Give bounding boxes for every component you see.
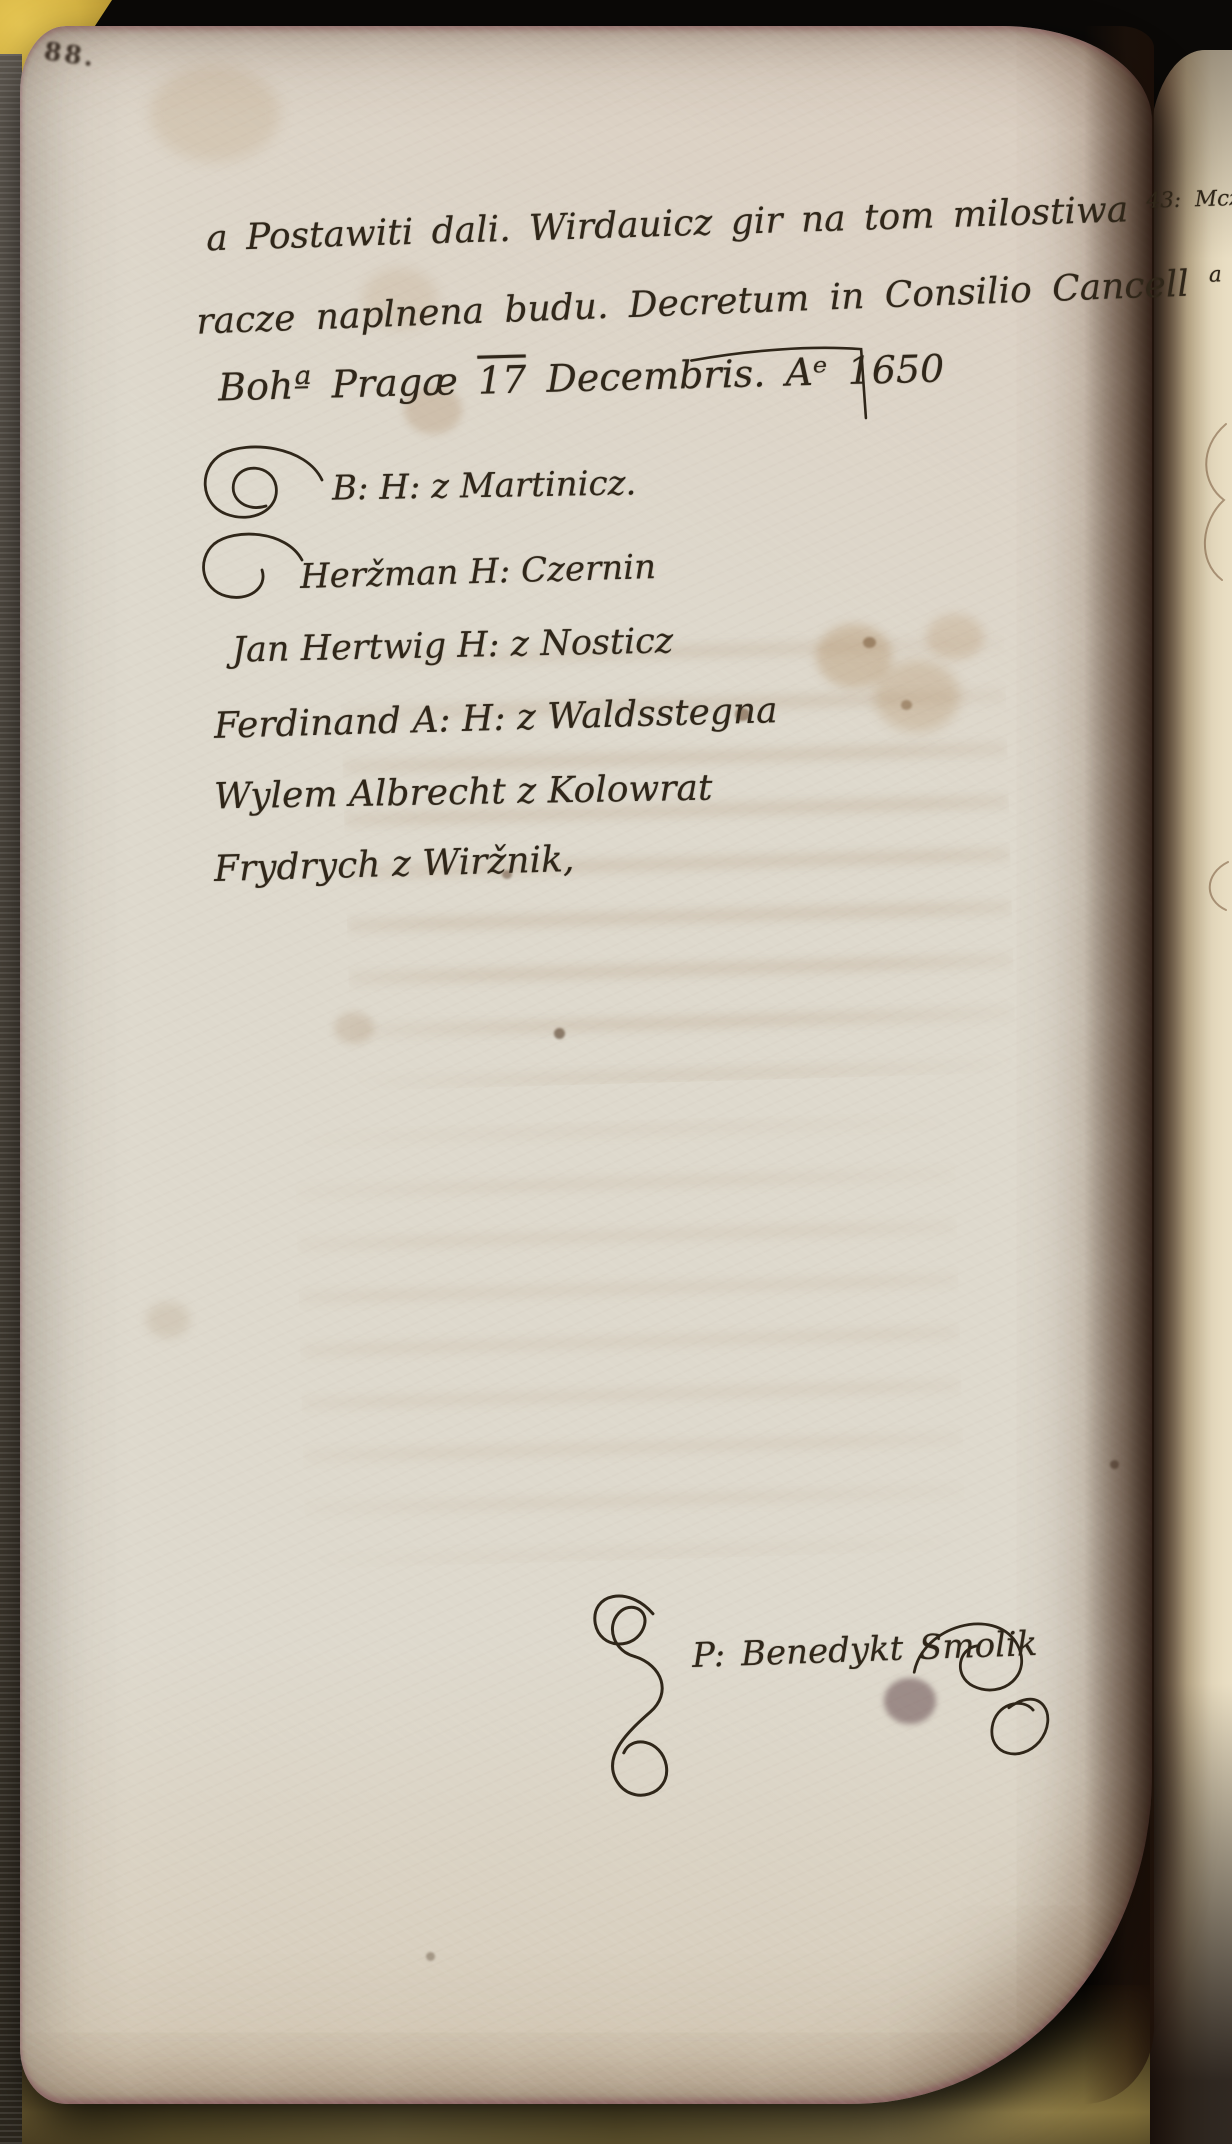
- handwritten-ink-layer: 88. a Postawiti dali. Wirdauicz gir na t…: [0, 0, 1232, 2144]
- signature-line: Ferdinand A: H: z Waldsstegna: [214, 690, 779, 747]
- line2-superscript: a: [1208, 262, 1222, 287]
- line2-text: racze naplnena budu. Decretum in Consili…: [196, 264, 1190, 343]
- signature2-paraph-flourish-icon: [194, 526, 308, 626]
- signature-line: Jan Hertwig H: z Nosticz: [232, 621, 674, 670]
- signature1-text: B: H: z Martinicz.: [332, 463, 637, 508]
- year-overline-stroke-icon: [689, 333, 891, 434]
- signature2-text: Heržman H: Czernin: [300, 547, 657, 597]
- signature-line: Wylem Albrecht z Kolowrat: [214, 768, 713, 818]
- main-text-line-1: a Postawiti dali. Wirdauicz gir na tom m…: [206, 186, 1232, 260]
- notary-end-flourish-icon: [896, 1601, 1056, 1791]
- signature-line: Heržman H: Czernin: [300, 547, 657, 597]
- manuscript-photo: 88. a Postawiti dali. Wirdauicz gir na t…: [0, 0, 1232, 2144]
- signature5-text: Wylem Albrecht z Kolowrat: [214, 768, 713, 818]
- signature-line: Frydrych z Wiržnik,: [213, 839, 574, 890]
- line1-text: a Postawiti dali. Wirdauicz gir na tom m…: [206, 189, 1129, 259]
- folio-number: 88.: [42, 36, 98, 72]
- line3-place: Bohª Pragæ: [218, 359, 479, 410]
- main-text-line-2: racze naplnena budu. Decretum in Consili…: [196, 262, 1223, 342]
- signature4-text: Ferdinand A: H: z Waldsstegna: [214, 690, 779, 747]
- notary-paraph-flourish-icon: [580, 1580, 714, 1822]
- signature3-text: Jan Hertwig H: z Nosticz: [232, 621, 674, 670]
- signature6-text: Frydrych z Wiržnik,: [213, 839, 574, 890]
- signature-line: B: H: z Martinicz.: [332, 463, 637, 508]
- line1-superscript: 43: Mczi: [1146, 186, 1232, 214]
- line3-day: 17: [477, 357, 526, 402]
